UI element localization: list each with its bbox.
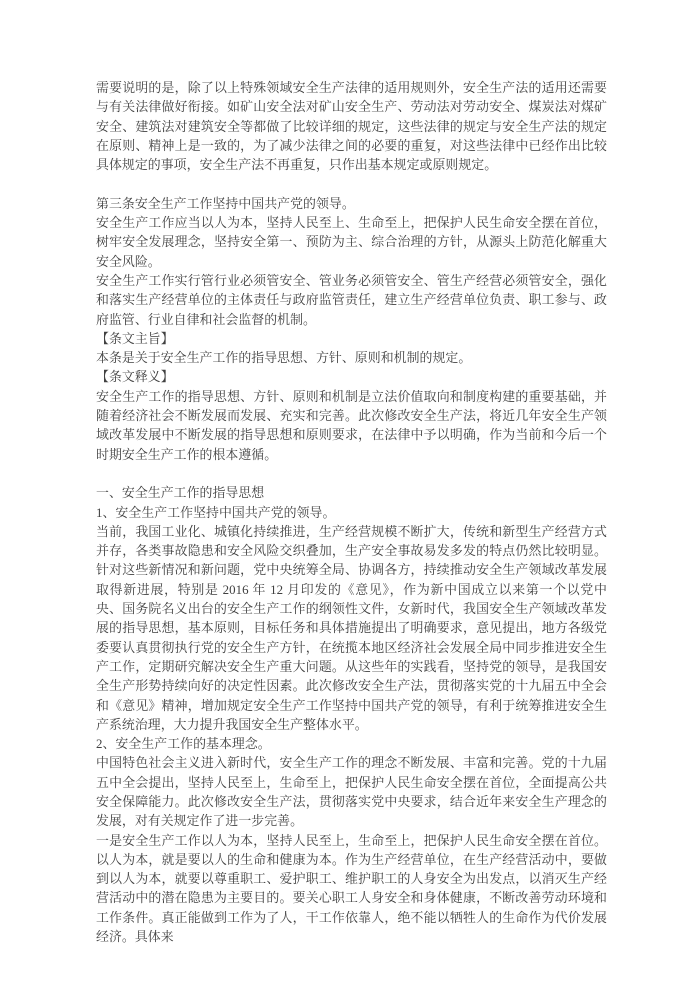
paragraph: 2、安全生产工作的基本理念。 (96, 735, 607, 754)
paragraph: 1、安全生产工作坚持中国共产党的领导。 (96, 504, 607, 523)
paragraph: 【条文释义】 (96, 368, 607, 387)
paragraph: 一是安全生产工作以人为本，坚持人民至上，生命至上，把保护人民生命安全摆在首位。以… (96, 832, 607, 948)
paragraph: 一、安全生产工作的指导思想 (96, 484, 607, 503)
paragraph: 安全生产工作的指导思想、方针、原则和机制是立法价值取向和制度构建的重要基础，并随… (96, 388, 607, 465)
paragraph: 安全生产工作实行管行业必须管安全、管业务必须管安全、管生产经营必须管安全，强化和… (96, 272, 607, 330)
blank-line (96, 465, 607, 484)
document-body: 需要说明的是，除了以上特殊领域安全生产法律的适用规则外，安全生产法的适用还需要与… (96, 79, 607, 947)
paragraph: 第三条安全生产工作坚持中国共产党的领导。 (96, 195, 607, 214)
paragraph: 本条是关于安全生产工作的指导思想、方针、原则和机制的规定。 (96, 349, 607, 368)
document-page: 需要说明的是，除了以上特殊领域安全生产法律的适用规则外，安全生产法的适用还需要与… (0, 0, 700, 990)
paragraph: 当前，我国工业化、城镇化持续推进，生产经营规模不断扩大，传统和新型生产经营方式并… (96, 523, 607, 735)
paragraph: 【条文主旨】 (96, 330, 607, 349)
blank-line (96, 175, 607, 194)
paragraph: 需要说明的是，除了以上特殊领域安全生产法律的适用规则外，安全生产法的适用还需要与… (96, 79, 607, 175)
paragraph: 中国特色社会主义进入新时代，安全生产工作的理念不断发展、丰富和完善。党的十九届五… (96, 754, 607, 831)
paragraph: 安全生产工作应当以人为本，坚持人民至上、生命至上，把保护人民生命安全摆在首位，树… (96, 214, 607, 272)
